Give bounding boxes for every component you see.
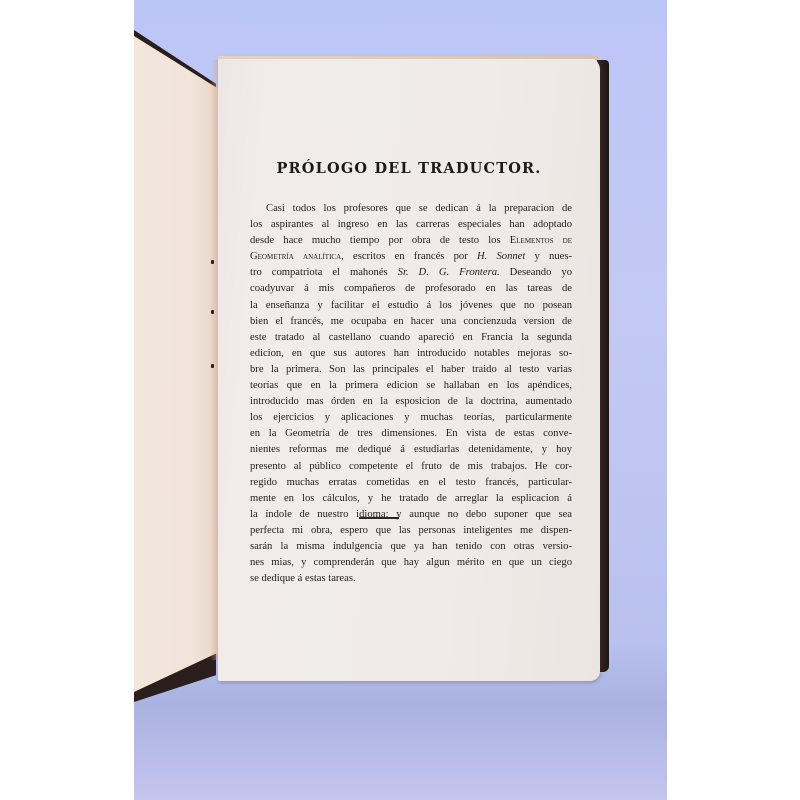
text-segment: regido muchas erratas cometidas en el te…: [250, 477, 572, 488]
text-line: se dedique á estas tareas.: [250, 571, 572, 587]
text-line: tro compatriota el mahonés Sr. D. G. Fro…: [250, 265, 572, 281]
text-line: Geometría analítica, escritos en francés…: [250, 249, 572, 265]
text-segment: bre la primera. Son las principales el h…: [250, 364, 572, 375]
text-line: bien el francés, me ocupaba en hacer una…: [250, 314, 572, 330]
text-line: los ejercicios y aplicaciones y muchas t…: [250, 410, 572, 426]
text-line: bre la primera. Son las principales el h…: [250, 362, 572, 378]
book-photo: PRÓLOGO DEL TRADUCTOR. Casi todos los pr…: [134, 0, 667, 800]
text-segment: nes mias, y comprenderán que hay algun m…: [250, 557, 572, 568]
text-segment: perfecta mi obra, espero que las persona…: [250, 525, 572, 536]
text-segment: coadyuvar á mis compañeros de profesorad…: [250, 283, 572, 294]
text-line: presento al público competente el fruto …: [250, 459, 572, 475]
text-line: introducido mas órden en la esposicion d…: [250, 394, 572, 410]
binding-stitch-marks: [211, 260, 215, 400]
text-segment: y nues-: [525, 251, 572, 262]
text-line: perfecta mi obra, espero que las persona…: [250, 523, 572, 539]
text-line: los aspirantes al ingreso en las carrera…: [250, 217, 572, 233]
text-line: este tratado al castellano cuando aparec…: [250, 330, 572, 346]
text-line: la índole de nuestro idioma; y aunque no…: [250, 507, 572, 523]
left-flyleaf-page: [134, 36, 218, 692]
text-line: Casi todos los profesores que se dedican…: [250, 201, 572, 217]
text-line: sarán la misma indulgencia que ya han te…: [250, 539, 572, 555]
page-top-edge: [218, 56, 600, 59]
text-segment: Elementos de: [510, 235, 572, 246]
page-title: PRÓLOGO DEL TRADUCTOR.: [218, 160, 600, 178]
text-segment: Geometría analítica: [250, 251, 341, 262]
text-segment: , escritos en francés por: [341, 251, 477, 262]
book-page: PRÓLOGO DEL TRADUCTOR. Casi todos los pr…: [218, 56, 600, 681]
text-segment: este tratado al castellano cuando aparec…: [250, 332, 572, 343]
text-segment: se dedique á estas tareas.: [250, 573, 356, 584]
text-line: regido muchas erratas cometidas en el te…: [250, 475, 572, 491]
text-segment: Sr. D. G. Frontera.: [398, 267, 500, 278]
text-line: teorías que en la primera edicion se hal…: [250, 378, 572, 394]
text-line: edicion, en que sus autores han introduc…: [250, 346, 572, 362]
text-segment: introducido mas órden en la esposicion d…: [250, 396, 572, 407]
prologue-paragraph: Casi todos los profesores que se dedican…: [250, 201, 572, 587]
text-line: mente en los cálculos, y he tratado de a…: [250, 491, 572, 507]
text-line: desde hace mucho tiempo por obra de test…: [250, 233, 572, 249]
text-segment: bien el francés, me ocupaba en hacer una…: [250, 316, 572, 327]
text-segment: desde hace mucho tiempo por obra de test…: [250, 235, 510, 246]
text-segment: presento al público competente el fruto …: [250, 461, 572, 472]
text-segment: en la Geometría de tres dimensiones. En …: [250, 428, 572, 439]
text-segment: H. Sonnet: [477, 251, 525, 262]
text-line: nes mias, y comprenderán que hay algun m…: [250, 555, 572, 571]
text-segment: nientes reformas me dediqué á estudiarla…: [250, 444, 572, 455]
text-segment: la índole de nuestro idioma; y aunque no…: [250, 509, 572, 520]
text-line: en la Geometría de tres dimensiones. En …: [250, 426, 572, 442]
text-segment: sarán la misma indulgencia que ya han te…: [250, 541, 572, 552]
text-segment: tro compatriota el mahonés: [250, 267, 398, 278]
text-line: la enseñanza y facilitar el estudio á lo…: [250, 298, 572, 314]
text-segment: Casi todos los profesores que se dedican…: [266, 203, 572, 214]
text-segment: los aspirantes al ingreso en las carrera…: [250, 219, 572, 230]
text-segment: mente en los cálculos, y he tratado de a…: [250, 493, 572, 504]
text-segment: la enseñanza y facilitar el estudio á lo…: [250, 300, 572, 311]
text-segment: edicion, en que sus autores han introduc…: [250, 348, 572, 359]
text-line: coadyuvar á mis compañeros de profesorad…: [250, 281, 572, 297]
text-segment: teorías que en la primera edicion se hal…: [250, 380, 572, 391]
end-ornament-rule: [359, 517, 399, 519]
text-segment: Deseando yo: [500, 267, 572, 278]
text-line: nientes reformas me dediqué á estudiarla…: [250, 442, 572, 458]
text-segment: los ejercicios y aplicaciones y muchas t…: [250, 412, 572, 423]
